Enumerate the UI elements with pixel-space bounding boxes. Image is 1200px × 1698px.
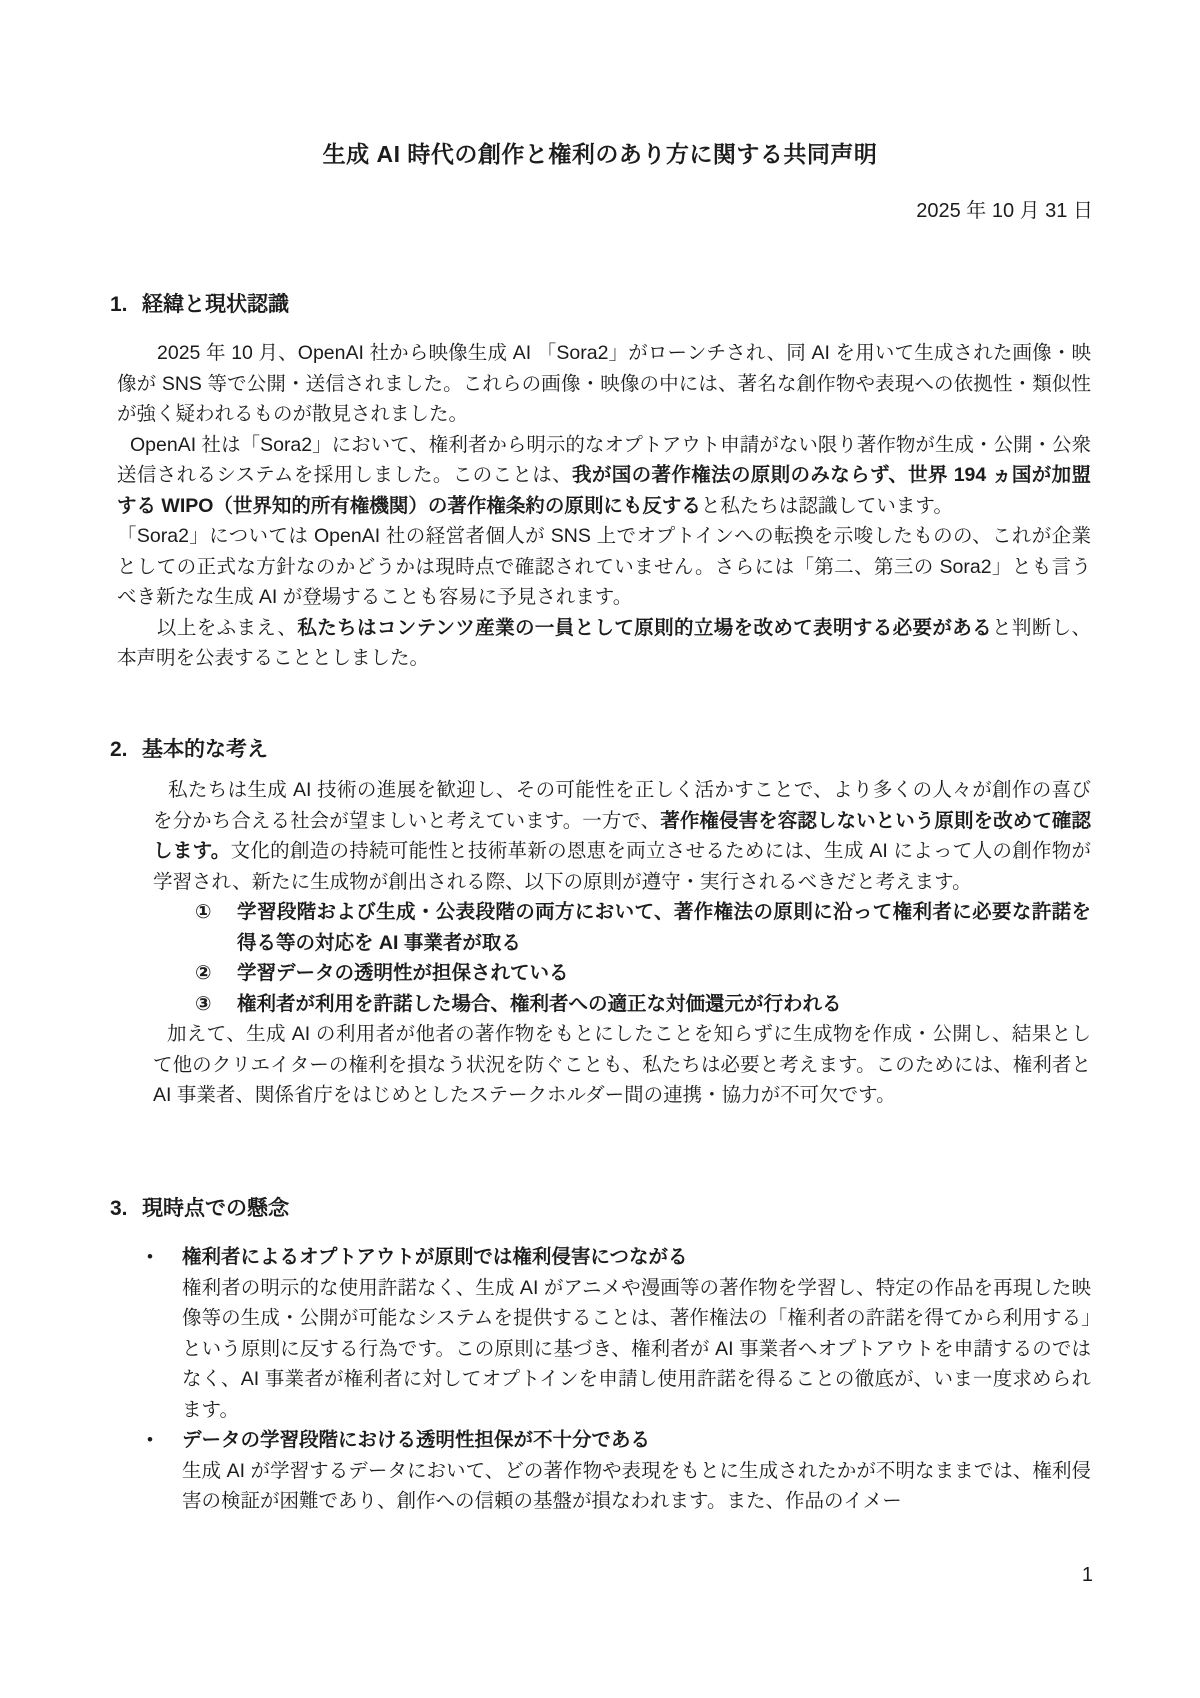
section-2-body: 私たちは生成 AI 技術の進展を歓迎し、その可能性を正しく活かすことで、より多く…	[153, 775, 1091, 1111]
paragraph: 以上をふまえ、私たちはコンテンツ産業の一員として原則的立場を改めて表明する必要が…	[117, 613, 1091, 674]
page-number: 1	[1082, 1564, 1093, 1587]
bullet-body: 生成 AI が学習するデータにおいて、どの著作物や表現をもとに生成されたかが不明…	[182, 1456, 1091, 1517]
section-3-title: 現時点での懸念	[142, 1197, 289, 1220]
section-1-title: 経緯と現状認識	[142, 293, 289, 316]
list-marker-2: ②	[195, 958, 237, 989]
list-item: ② 学習データの透明性が担保されている	[195, 958, 1091, 989]
section-1-heading: 1.経緯と現状認識	[110, 288, 289, 318]
paragraph: OpenAI 社は「Sora2」において、権利者から明示的なオプトアウト申請がな…	[117, 430, 1091, 522]
list-item-text: 学習データの透明性が担保されている	[237, 958, 1091, 989]
list-marker-3: ③	[195, 989, 237, 1020]
bullet-marker-icon: •	[147, 1425, 182, 1517]
section-3-heading: 3.現時点での懸念	[110, 1192, 289, 1222]
text-run-bold: 私たちはコンテンツ産業の一員として原則的立場を改めて表明する必要がある	[297, 617, 992, 639]
list-item: ③ 権利者が利用を許諾した場合、権利者への適正な対価還元が行われる	[195, 989, 1091, 1020]
section-1-body: 2025 年 10 月、OpenAI 社から映像生成 AI 「Sora2」がロー…	[117, 338, 1091, 674]
bullet-title: 権利者によるオプトアウトが原則では権利侵害につながる	[182, 1242, 1091, 1273]
text-run: 以上をふまえ、	[157, 617, 297, 639]
text-run: 加えて、生成 AI の利用者が他者の著作物をもとにしたことを知らずに生成物を作成…	[153, 1023, 1091, 1106]
text-run: 文化的創造の持続可能性と技術革新の恩恵を両立させるためには、生成 AI によって…	[153, 840, 1091, 893]
bullet-marker-icon: •	[147, 1242, 182, 1425]
concern-bullet: • データの学習段階における透明性担保が不十分である 生成 AI が学習するデー…	[147, 1425, 1091, 1517]
paragraph: 加えて、生成 AI の利用者が他者の著作物をもとにしたことを知らずに生成物を作成…	[153, 1019, 1091, 1111]
text-run: 2025 年 10 月、OpenAI 社から映像生成 AI 「Sora2」がロー…	[117, 342, 1091, 425]
document-page: 生成 AI 時代の創作と権利のあり方に関する共同声明 2025 年 10 月 3…	[0, 0, 1200, 1698]
text-run: 「Sora2」については OpenAI 社の経営者個人が SNS 上でオプトイン…	[117, 525, 1091, 608]
list-marker-1: ①	[195, 897, 237, 958]
section-3-body: • 権利者によるオプトアウトが原則では権利侵害につながる 権利者の明示的な使用許…	[147, 1242, 1091, 1517]
list-item-text: 学習段階および生成・公表段階の両方において、著作権法の原則に沿って権利者に必要な…	[237, 897, 1091, 958]
paragraph: 2025 年 10 月、OpenAI 社から映像生成 AI 「Sora2」がロー…	[117, 338, 1091, 430]
section-1-number: 1.	[110, 293, 142, 317]
bullet-title: データの学習段階における透明性担保が不十分である	[182, 1425, 1091, 1456]
principles-list: ① 学習段階および生成・公表段階の両方において、著作権法の原則に沿って権利者に必…	[195, 897, 1091, 1019]
document-date: 2025 年 10 月 31 日	[916, 194, 1093, 223]
section-2-number: 2.	[110, 738, 142, 762]
bullet-content: 権利者によるオプトアウトが原則では権利侵害につながる 権利者の明示的な使用許諾な…	[182, 1242, 1091, 1425]
list-item-text: 権利者が利用を許諾した場合、権利者への適正な対価還元が行われる	[237, 989, 1091, 1020]
section-3-number: 3.	[110, 1197, 142, 1221]
text-run: と私たちは認識しています。	[701, 495, 953, 517]
bullet-content: データの学習段階における透明性担保が不十分である 生成 AI が学習するデータに…	[182, 1425, 1091, 1517]
document-title: 生成 AI 時代の創作と権利のあり方に関する共同声明	[0, 136, 1200, 169]
section-2-heading: 2.基本的な考え	[110, 733, 268, 763]
section-2-title: 基本的な考え	[142, 738, 268, 761]
bullet-body: 権利者の明示的な使用許諾なく、生成 AI がアニメや漫画等の著作物を学習し、特定…	[182, 1273, 1091, 1426]
concern-bullet: • 権利者によるオプトアウトが原則では権利侵害につながる 権利者の明示的な使用許…	[147, 1242, 1091, 1425]
paragraph: 私たちは生成 AI 技術の進展を歓迎し、その可能性を正しく活かすことで、より多く…	[153, 775, 1091, 897]
list-item: ① 学習段階および生成・公表段階の両方において、著作権法の原則に沿って権利者に必…	[195, 897, 1091, 958]
paragraph: 「Sora2」については OpenAI 社の経営者個人が SNS 上でオプトイン…	[117, 521, 1091, 613]
